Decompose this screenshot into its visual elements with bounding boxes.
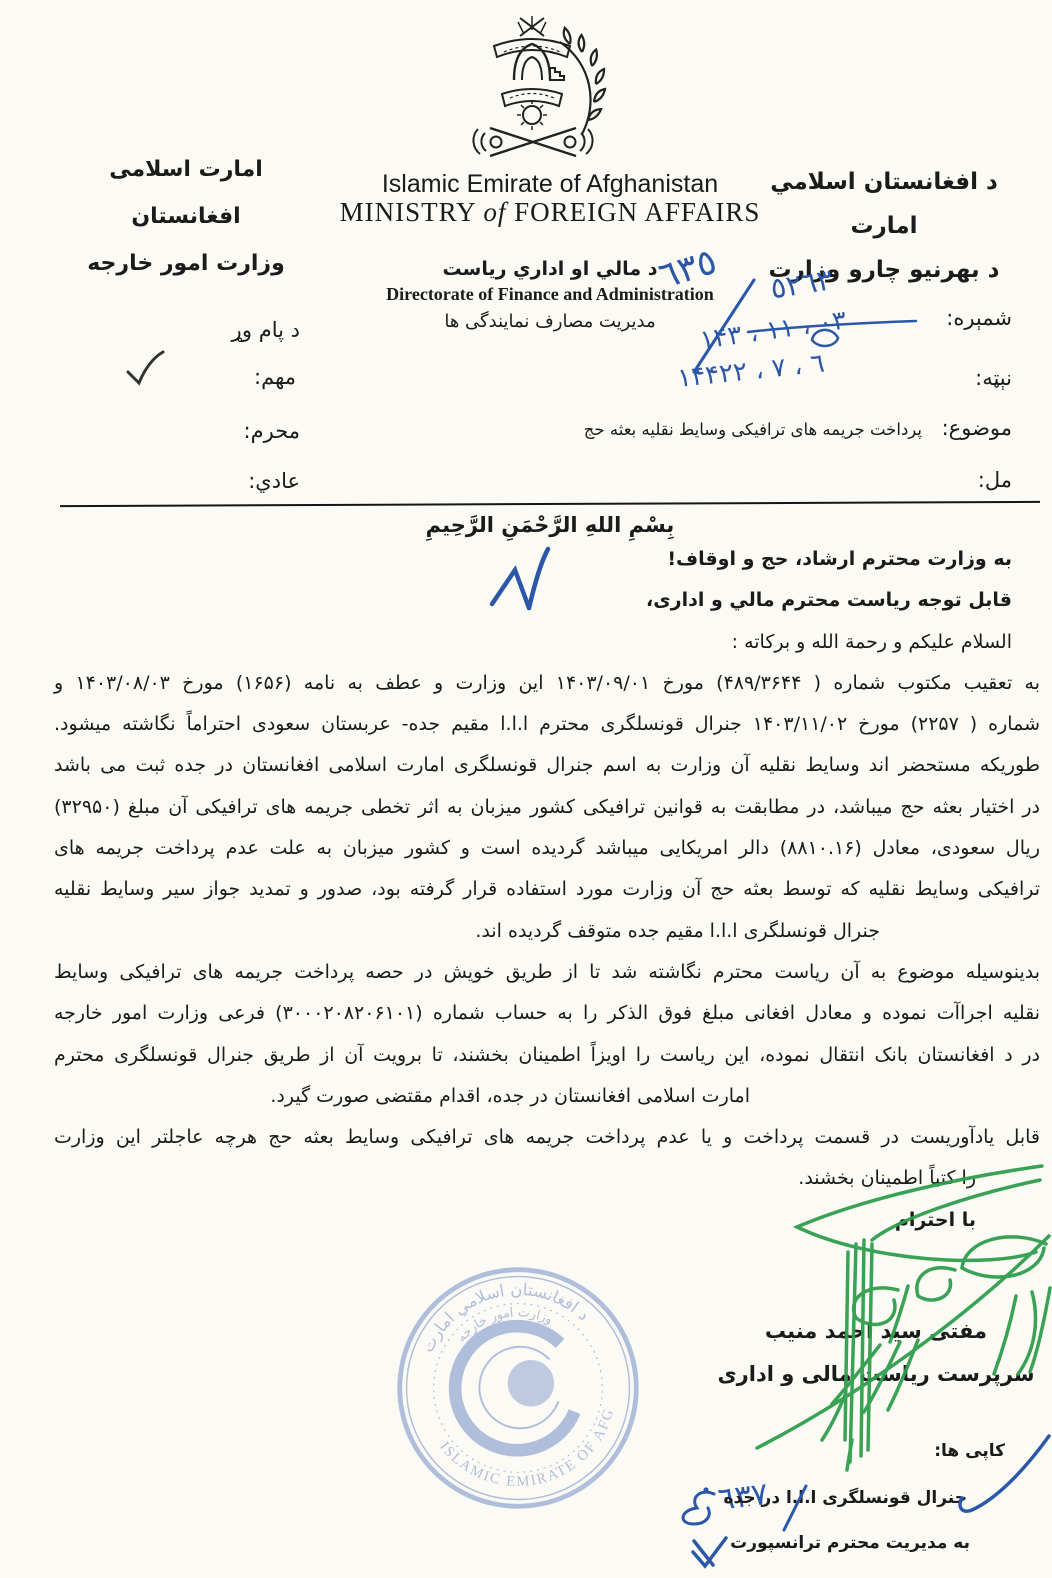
green-script-2 — [917, 1268, 955, 1300]
copy1-check-scribble — [683, 1492, 714, 1524]
header-english-ministry: MINISTRY of FOREIGN AFFAIRS — [320, 197, 780, 228]
body-salutation: السلام علیکم و رحمة الله و برکاته : — [54, 622, 1040, 663]
field-attachment-label: مل: — [978, 468, 1012, 492]
header-dari-left: امارت اسلامی افغانستان وزارت امور خارجه — [66, 146, 306, 287]
header-dari-line2: وزارت امور خارجه — [66, 240, 306, 287]
body-line: در اختیار بعثه حج میباشد، در مطابقت به ق… — [54, 787, 1040, 828]
handwritten-date-hijri: ١۴۴٦ ، ٧ ، ٢٢ — [676, 349, 826, 394]
directorate-english: Directorate of Finance and Administratio… — [320, 284, 780, 305]
header-english-title: Islamic Emirate of Afghanistan — [320, 170, 780, 199]
body-line: جنرال قونسلگری ا.ا.ا مقیم جده متوقف گردی… — [54, 911, 1040, 952]
field-normal-label: عادي: — [248, 469, 300, 493]
body-line: امارت اسلامی افغانستان در جده، اقدام مقت… — [54, 1076, 1040, 1117]
green-script-1 — [962, 1237, 1046, 1277]
body-line: طوریکه مستحضر اند وسایط نقلیه آن وزارت ب… — [54, 745, 1040, 786]
stamp-arabic-ring2: وزارت امور خارجه — [450, 1295, 558, 1347]
ministry-of: of — [483, 197, 506, 227]
header-divider-line — [60, 501, 1040, 507]
body-line: بدینوسیله موضوع به آن ریاست محترم نگاشته… — [54, 952, 1040, 993]
copy2-checkmark — [693, 1538, 726, 1566]
body-closing: با احترام — [54, 1200, 1040, 1241]
body-addressee: به وزارت محترم ارشاد، حج و اوقاف! — [54, 539, 1040, 580]
field-subject-value: پرداخت جریمه های ترافیکی وسایط نقلیه بعث… — [584, 420, 922, 439]
body-line: نقلیه اجراآت نموده و معادل افغانی مبلغ ف… — [54, 993, 1040, 1034]
field-number-label: شمېره: — [946, 306, 1012, 330]
afghanistan-national-emblem — [450, 16, 614, 166]
ministry-round-stamp: د افغانستان اسلامي امارت وزارت امور خارج… — [367, 1233, 668, 1544]
body-line: را کتباً اطمینان بخشند. — [54, 1158, 1040, 1199]
field-important-label: مهم: — [254, 365, 296, 389]
stamp-arabic-ring1: د افغانستان اسلامي امارت — [408, 1263, 595, 1358]
ministry-rest: FOREIGN AFFAIRS — [506, 197, 760, 227]
body-line: ترافیکی وسایط نقلیه که توسط بعثه حج آن و… — [54, 869, 1040, 910]
green-date-4 — [822, 1395, 845, 1440]
field-confidential-label: محرم: — [244, 419, 300, 443]
body-line: شماره ( ۲۲۵۷) مورخ ۱۴۰۳/۱۱/۰۲ جنرال قونس… — [54, 704, 1040, 745]
field-subject-label: موضوع: — [942, 416, 1012, 440]
signatory-name: مفتی سید احمد منیب — [700, 1310, 1052, 1353]
letter-body: به وزارت محترم ارشاد، حج و اوقاف! قابل ت… — [54, 539, 1040, 1241]
copy-recipient-2: به مدیریت محترم ترانسپورت — [730, 1533, 970, 1553]
stamp-english-ring2: MINISTRY of FOREIGN — [468, 1409, 589, 1469]
important-checkmark — [128, 352, 163, 383]
signatory-title: سرپرست ریاست مالی و اداری — [700, 1353, 1052, 1396]
signature-block: مفتی سید احمد منیب سرپرست ریاست مالی و ا… — [700, 1310, 1052, 1396]
field-date-label: نېټه: — [975, 366, 1012, 390]
body-attention: قابل توجه ریاست محترم مالي و اداری، — [54, 580, 1040, 621]
copy2-cross-stroke — [694, 1541, 713, 1565]
header-dari-line1: امارت اسلامی افغانستان — [66, 146, 306, 240]
ministry-word: MINISTRY — [340, 197, 484, 227]
stamp-english-ring1: ISLAMIC EMIRATE OF AFG — [435, 1403, 630, 1507]
bismillah: بِسْمِ اللهِ الرَّحْمَنِ الرَّحِيمِ — [320, 513, 780, 537]
header-pashto-line1: د افغانستان اسلامي امارت — [756, 160, 1012, 248]
field-attention-label: د پام وړ — [231, 318, 300, 342]
body-line: قابل یادآوریست در قسمت پرداخت و یا عدم پ… — [54, 1117, 1040, 1158]
green-tail — [847, 1440, 852, 1470]
scanned-official-letter: د افغانستان اسلامي امارت د بهرنیو چارو و… — [0, 0, 1052, 1578]
copy-recipient-1: جنرال قونسلگری ا.ا.ا در جده — [724, 1488, 968, 1508]
body-line: به تعقیب مکتوب شماره ( ۴۸۹/۳۶۴۴) مورخ ۱۴… — [54, 663, 1040, 704]
body-line: در د افغانستان بانک انتقال نموده، این ری… — [54, 1035, 1040, 1076]
body-line: ریال سعودی، معادل (۸۸۱۰.۱۶) دالر امریکای… — [54, 828, 1040, 869]
footer-dot — [703, 1487, 708, 1492]
copies-label: کاپی ها: — [934, 1441, 1005, 1461]
